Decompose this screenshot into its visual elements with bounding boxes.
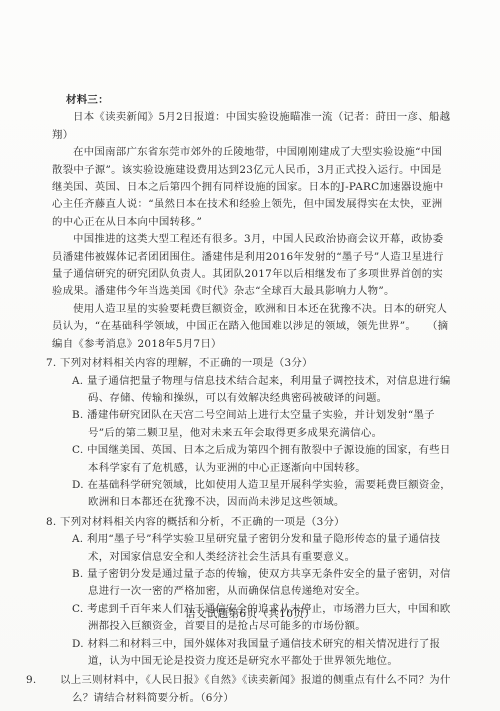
question-8-option-b: B. 量子密钥分发是通过量子态的传输，使双方共享无条件安全的量子密钥，对信息进行… [52, 566, 452, 601]
page-footer: 语文试题第6页（共10页） [0, 606, 500, 621]
question-8-option-d: D. 材料二和材料三中，国外媒体对我国量子通信技术研究的相关情况进行了报道，认为… [52, 636, 452, 671]
material-paragraph-1: 在中国南部广东省东莞市郊外的丘陵地带，中国刚刚建成了大型实验设施“中国散裂中子源… [52, 144, 452, 231]
question-7: 7.下列对材料相关内容的理解，不正确的一项是（3分） A. 量子通信把量子物理与… [52, 355, 452, 512]
material-label: 材料三： [66, 92, 452, 109]
exam-page: 材料三： 日本《读卖新闻》5月2日报道：中国实验设施瞄准一流（记者：莳田一彦、船… [0, 0, 500, 711]
question-7-option-c: C. 中国继美国、英国、日本之后成为第四个拥有散裂中子源设施的国家，有些日本科学… [52, 442, 452, 477]
question-number: 8. [46, 514, 60, 531]
question-8-stem: 8.下列对材料相关内容的概括和分析，不正确的一项是（3分） [52, 514, 452, 531]
question-7-option-d: D. 在基础科学研究领域，比如使用人造卫星开展科学实验，需要耗费巨额资金，欧洲和… [52, 477, 452, 512]
question-7-option-b: B. 潘建伟研究团队在天宫二号空间站上进行太空量子实验，并计划发射“墨子号”后的… [52, 407, 452, 442]
question-number: 9. [46, 672, 60, 689]
question-7-stem: 7.下列对材料相关内容的理解，不正确的一项是（3分） [52, 355, 452, 372]
material-headline: 日本《读卖新闻》5月2日报道：中国实验设施瞄准一流（记者：莳田一彦、船越翔） [52, 109, 452, 144]
question-7-option-a: A. 量子通信把量子物理与信息技术结合起来，利用量子调控技术，对信息进行编码、存… [52, 373, 452, 408]
material-paragraph-2: 中国推进的这类大型工程还有很多。3月，中国人民政治协商会议开幕，政协委员潘建伟被… [52, 231, 452, 301]
question-number: 7. [46, 355, 60, 372]
material-paragraph-3: 使用人造卫星的实验要耗费巨额资金，欧洲和日本还在犹豫不决。日本的研究人员认为，“… [52, 301, 452, 353]
question-8: 8.下列对材料相关内容的概括和分析，不正确的一项是（3分） A. 利用“墨子号”… [52, 514, 452, 671]
question-9-stem: 9.以上三则材料中，《人民日报》《自然》《读卖新闻》报道的侧重点有什么不同？为什… [52, 672, 452, 707]
question-8-option-a: A. 利用“墨子号”科学实验卫星研究量子密钥分发和量子隐形传态的量子通信技术，对… [52, 531, 452, 566]
question-9: 9.以上三则材料中，《人民日报》《自然》《读卖新闻》报道的侧重点有什么不同？为什… [52, 672, 452, 707]
